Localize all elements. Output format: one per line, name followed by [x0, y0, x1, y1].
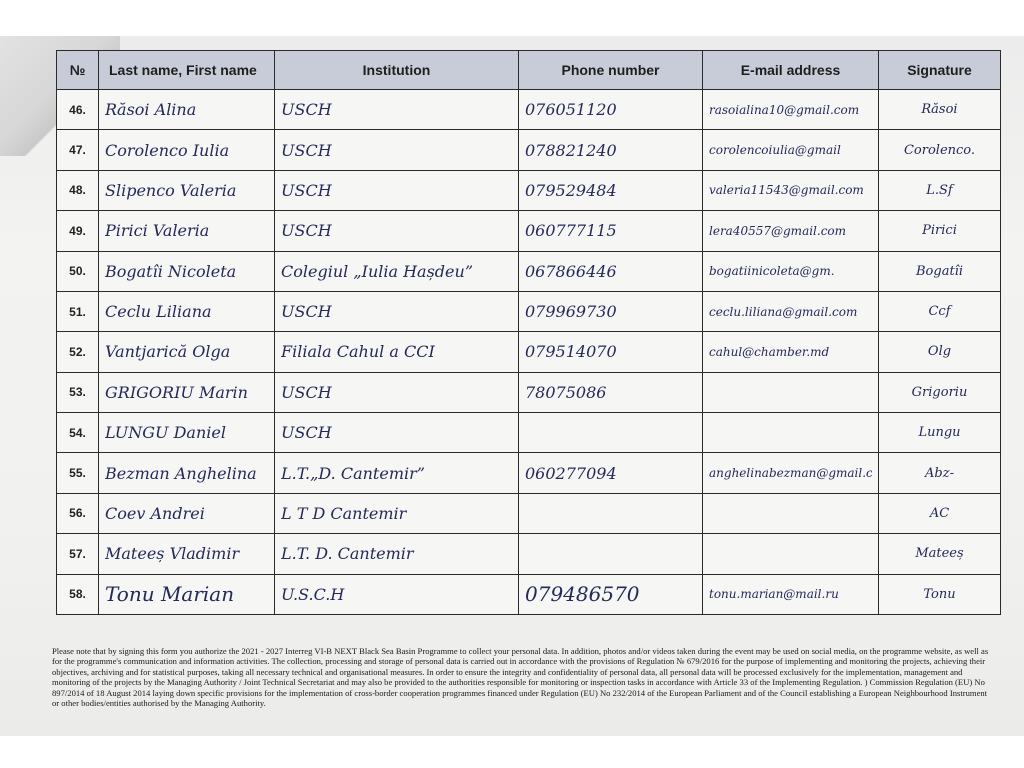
row-number: 55. — [57, 453, 99, 493]
row-number: 48. — [57, 170, 99, 210]
cell-email: rasoialina10@gmail.com — [703, 90, 879, 130]
attendance-table: № Last name, First name Institution Phon… — [56, 50, 1001, 615]
attendance-sheet: № Last name, First name Institution Phon… — [56, 50, 1000, 615]
cell-name: Vantjarică Olga — [99, 332, 275, 372]
table-row: 54.LUNGU DanielUSCHLungu — [57, 413, 1001, 453]
table-row: 58.Tonu MarianU.S.C.H079486570tonu.maria… — [57, 574, 1001, 615]
handwritten-institution: USCH — [281, 141, 512, 160]
cell-institution: L T D Cantemir — [275, 493, 519, 533]
handwritten-email: tonu.marian@mail.ru — [709, 587, 872, 601]
cell-email: bogatiinicoleta@gm. — [703, 251, 879, 291]
handwritten-email: lera40557@gmail.com — [709, 224, 872, 238]
cell-institution: USCH — [275, 170, 519, 210]
cell-name: Slipenco Valeria — [99, 170, 275, 210]
header-phone: Phone number — [519, 51, 703, 90]
handwritten-signature: Olg — [885, 344, 994, 359]
cell-phone — [519, 534, 703, 574]
cell-email — [703, 493, 879, 533]
handwritten-name: Mateeș Vladimir — [105, 544, 268, 563]
cell-name: Bezman Anghelina — [99, 453, 275, 493]
handwritten-institution: USCH — [281, 100, 512, 119]
handwritten-phone: 060777115 — [525, 221, 696, 240]
table-row: 56.Coev AndreiL T D CantemirAC — [57, 493, 1001, 533]
cell-signature: Olg — [879, 332, 1001, 372]
cell-email: tonu.marian@mail.ru — [703, 574, 879, 615]
cell-email: anghelinabezman@gmail.com — [703, 453, 879, 493]
cell-phone: 076051120 — [519, 90, 703, 130]
handwritten-institution: USCH — [281, 383, 512, 402]
cell-institution: USCH — [275, 291, 519, 331]
cell-institution: USCH — [275, 413, 519, 453]
handwritten-institution: L.T. D. Cantemir — [281, 544, 512, 563]
handwritten-name: GRIGORIU Marin — [105, 383, 268, 402]
cell-institution: L.T.„D. Cantemir” — [275, 453, 519, 493]
handwritten-email: bogatiinicoleta@gm. — [709, 264, 872, 278]
cell-phone: 078821240 — [519, 130, 703, 170]
cell-phone: 067866446 — [519, 251, 703, 291]
handwritten-name: Răsoi Alina — [105, 100, 268, 119]
handwritten-email: cahul@chamber.md — [709, 345, 872, 359]
table-row: 49.Pirici ValeriaUSCH060777115lera40557@… — [57, 211, 1001, 251]
cell-name: Mateeș Vladimir — [99, 534, 275, 574]
cell-phone — [519, 493, 703, 533]
handwritten-phone: 079969730 — [525, 302, 696, 321]
table-row: 50.Bogatîi NicoletaColegiul „Iulia Hașde… — [57, 251, 1001, 291]
handwritten-email: rasoialina10@gmail.com — [709, 103, 872, 117]
cell-phone: 079969730 — [519, 291, 703, 331]
cell-name: Ceclu Liliana — [99, 291, 275, 331]
handwritten-name: Tonu Marian — [105, 582, 268, 606]
cell-phone: 060777115 — [519, 211, 703, 251]
cell-name: Tonu Marian — [99, 574, 275, 615]
handwritten-institution: L T D Cantemir — [281, 504, 512, 523]
handwritten-institution: Colegiul „Iulia Hașdeu” — [281, 262, 512, 281]
cell-name: Corolenco Iulia — [99, 130, 275, 170]
handwritten-name: Vantjarică Olga — [105, 342, 268, 361]
cell-institution: USCH — [275, 130, 519, 170]
handwritten-name: Coev Andrei — [105, 504, 268, 523]
cell-institution: USCH — [275, 90, 519, 130]
handwritten-signature: Abz- — [885, 466, 994, 481]
handwritten-signature: Grigoriu — [885, 385, 994, 400]
handwritten-signature: L.Sf — [885, 183, 994, 198]
cell-name: LUNGU Daniel — [99, 413, 275, 453]
handwritten-phone: 78075086 — [525, 383, 696, 402]
cell-institution: Colegiul „Iulia Hașdeu” — [275, 251, 519, 291]
row-number: 57. — [57, 534, 99, 574]
handwritten-name: Corolenco Iulia — [105, 141, 268, 160]
handwritten-phone: 067866446 — [525, 262, 696, 281]
handwritten-name: Bezman Anghelina — [105, 464, 268, 483]
handwritten-name: Ceclu Liliana — [105, 302, 268, 321]
table-row: 52.Vantjarică OlgaFiliala Cahul a CCI079… — [57, 332, 1001, 372]
header-row: № Last name, First name Institution Phon… — [57, 51, 1001, 90]
cell-signature: Mateeș — [879, 534, 1001, 574]
cell-email — [703, 534, 879, 574]
row-number: 53. — [57, 372, 99, 412]
cell-signature: Ccf — [879, 291, 1001, 331]
cell-email: valeria11543@gmail.com — [703, 170, 879, 210]
cell-institution: U.S.C.H — [275, 574, 519, 615]
cell-email: cahul@chamber.md — [703, 332, 879, 372]
handwritten-signature: Ccf — [885, 304, 994, 319]
cell-name: Răsoi Alina — [99, 90, 275, 130]
handwritten-phone: 079514070 — [525, 342, 696, 361]
cell-phone: 079486570 — [519, 574, 703, 615]
cell-signature: Tonu — [879, 574, 1001, 615]
cell-signature: Corolenco. — [879, 130, 1001, 170]
cell-signature: Bogatîi — [879, 251, 1001, 291]
handwritten-email: corolencoiulia@gmail — [709, 143, 872, 157]
handwritten-signature: Răsoi — [885, 102, 994, 117]
cell-signature: Pirici — [879, 211, 1001, 251]
handwritten-phone: 076051120 — [525, 100, 696, 119]
handwritten-email: valeria11543@gmail.com — [709, 183, 872, 197]
handwritten-email: ceclu.liliana@gmail.com — [709, 305, 872, 319]
table-row: 55.Bezman AnghelinaL.T.„D. Cantemir”0602… — [57, 453, 1001, 493]
handwritten-institution: U.S.C.H — [281, 585, 512, 604]
cell-signature: L.Sf — [879, 170, 1001, 210]
table-row: 51.Ceclu LilianaUSCH079969730ceclu.lilia… — [57, 291, 1001, 331]
handwritten-name: Pirici Valeria — [105, 221, 268, 240]
handwritten-signature: Bogatîi — [885, 264, 994, 279]
cell-email: corolencoiulia@gmail — [703, 130, 879, 170]
row-number: 47. — [57, 130, 99, 170]
handwritten-email: anghelinabezman@gmail.com — [709, 466, 872, 480]
cell-phone: 78075086 — [519, 372, 703, 412]
header-email: E-mail address — [703, 51, 879, 90]
handwritten-phone: 078821240 — [525, 141, 696, 160]
privacy-notice: Please note that by signing this form yo… — [52, 646, 992, 708]
handwritten-name: Bogatîi Nicoleta — [105, 262, 268, 281]
row-number: 54. — [57, 413, 99, 453]
row-number: 56. — [57, 493, 99, 533]
handwritten-institution: USCH — [281, 302, 512, 321]
handwritten-phone: 079486570 — [525, 582, 696, 606]
handwritten-institution: USCH — [281, 221, 512, 240]
cell-email — [703, 413, 879, 453]
cell-institution: USCH — [275, 211, 519, 251]
cell-name: Pirici Valeria — [99, 211, 275, 251]
handwritten-phone: 079529484 — [525, 181, 696, 200]
cell-signature: Grigoriu — [879, 372, 1001, 412]
handwritten-phone: 060277094 — [525, 464, 696, 483]
cell-phone: 079529484 — [519, 170, 703, 210]
cell-institution: Filiala Cahul a CCI — [275, 332, 519, 372]
handwritten-signature: Lungu — [885, 425, 994, 440]
row-number: 46. — [57, 90, 99, 130]
cell-signature: Răsoi — [879, 90, 1001, 130]
cell-phone: 079514070 — [519, 332, 703, 372]
cell-phone — [519, 413, 703, 453]
cell-signature: Lungu — [879, 413, 1001, 453]
cell-email: lera40557@gmail.com — [703, 211, 879, 251]
handwritten-signature: Corolenco. — [885, 143, 994, 158]
handwritten-institution: L.T.„D. Cantemir” — [281, 464, 512, 483]
table-row: 53.GRIGORIU MarinUSCH78075086Grigoriu — [57, 372, 1001, 412]
handwritten-signature: Tonu — [885, 587, 994, 602]
row-number: 50. — [57, 251, 99, 291]
cell-phone: 060277094 — [519, 453, 703, 493]
row-number: 58. — [57, 574, 99, 615]
row-number: 49. — [57, 211, 99, 251]
row-number: 52. — [57, 332, 99, 372]
handwritten-signature: Mateeș — [885, 546, 994, 561]
handwritten-institution: Filiala Cahul a CCI — [281, 342, 512, 361]
cell-name: GRIGORIU Marin — [99, 372, 275, 412]
handwritten-signature: AC — [885, 506, 994, 521]
cell-signature: AC — [879, 493, 1001, 533]
cell-name: Bogatîi Nicoleta — [99, 251, 275, 291]
handwritten-institution: USCH — [281, 181, 512, 200]
cell-email: ceclu.liliana@gmail.com — [703, 291, 879, 331]
handwritten-signature: Pirici — [885, 223, 994, 238]
table-row: 46.Răsoi AlinaUSCH076051120rasoialina10@… — [57, 90, 1001, 130]
cell-name: Coev Andrei — [99, 493, 275, 533]
header-institution: Institution — [275, 51, 519, 90]
cell-institution: USCH — [275, 372, 519, 412]
row-number: 51. — [57, 291, 99, 331]
table-row: 47.Corolenco IuliaUSCH078821240corolenco… — [57, 130, 1001, 170]
cell-institution: L.T. D. Cantemir — [275, 534, 519, 574]
handwritten-name: Slipenco Valeria — [105, 181, 268, 200]
handwritten-name: LUNGU Daniel — [105, 423, 268, 442]
table-row: 48.Slipenco ValeriaUSCH079529484valeria1… — [57, 170, 1001, 210]
handwritten-institution: USCH — [281, 423, 512, 442]
table-row: 57.Mateeș VladimirL.T. D. CantemirMateeș — [57, 534, 1001, 574]
header-name: Last name, First name — [99, 51, 275, 90]
cell-email — [703, 372, 879, 412]
header-signature: Signature — [879, 51, 1001, 90]
cell-signature: Abz- — [879, 453, 1001, 493]
header-number: № — [57, 51, 99, 90]
